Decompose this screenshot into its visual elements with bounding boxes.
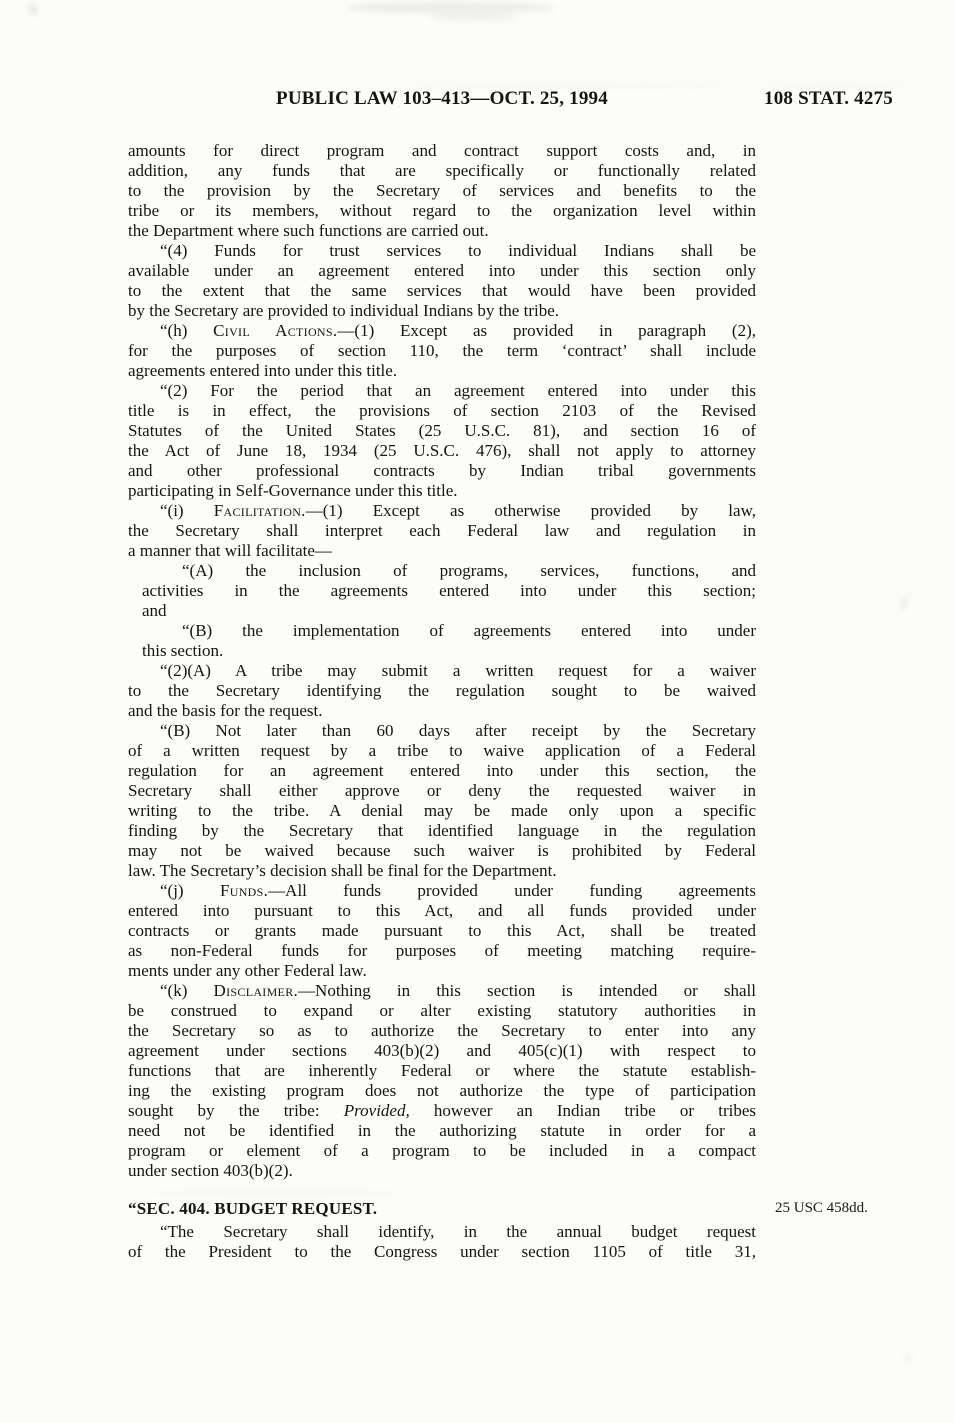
text-line: program or element of a program to be in… [128, 1141, 756, 1161]
text-line: participating in Self-Governance under t… [128, 481, 756, 501]
text-line: be construed to expand or alter existing… [128, 1001, 756, 1021]
text-line: “(B) Not later than 60 days after receip… [128, 721, 756, 741]
statute-paragraph: “(B) the implementation of agreements en… [142, 621, 756, 661]
text-line: and other professional contracts by Indi… [128, 461, 756, 481]
statute-paragraph: “(j) Funds.—All funds provided under fun… [128, 881, 756, 981]
section-heading: “SEC. 404. BUDGET REQUEST. [128, 1198, 756, 1220]
statute-paragraph: “The Secretary shall identify, in the an… [128, 1222, 756, 1262]
text-line: Secretary shall either approve or deny t… [128, 781, 756, 801]
text-line: “(i) Facilitation.—(1) Except as otherwi… [128, 501, 756, 521]
text-line: by the Secretary are provided to individ… [128, 301, 756, 321]
statute-paragraph: “(i) Facilitation.—(1) Except as otherwi… [128, 501, 756, 561]
statute-paragraph: “(A) the inclusion of programs, services… [142, 561, 756, 621]
scanned-statute-page: PUBLIC LAW 103–413—OCT. 25, 1994 108 STA… [0, 0, 954, 1423]
text-line: “(2) For the period that an agreement en… [128, 381, 756, 401]
text-line: to the provision by the Secretary of ser… [128, 181, 756, 201]
text-line: a manner that will facilitate— [128, 541, 756, 561]
scan-artifact [28, 4, 38, 15]
text-line: the Secretary so as to authorize the Sec… [128, 1021, 756, 1041]
text-line: need not be identified in the authorizin… [128, 1121, 756, 1141]
text-line: tribe or its members, without regard to … [128, 201, 756, 221]
text-line: “(A) the inclusion of programs, services… [142, 561, 756, 581]
text-line: “(j) Funds.—All funds provided under fun… [128, 881, 756, 901]
text-line: “(h) Civil Actions.—(1) Except as provid… [128, 321, 756, 341]
scan-artifact [430, 13, 520, 21]
italic-text: Provided, [344, 1101, 410, 1120]
text-line: writing to the tribe. A denial may be ma… [128, 801, 756, 821]
text-line: addition, any funds that are specificall… [128, 161, 756, 181]
text-line: and the basis for the request. [128, 701, 756, 721]
text-line: “(k) Disclaimer.—Nothing in this section… [128, 981, 756, 1001]
statute-paragraph: “(4) Funds for trust services to individ… [128, 241, 756, 321]
text-line: the Secretary shall interpret each Feder… [128, 521, 756, 541]
text-line: may not be waived because such waiver is… [128, 841, 756, 861]
text-line: “(2)(A) A tribe may submit a written req… [128, 661, 756, 681]
text-line: the Department where such functions are … [128, 221, 756, 241]
text-line: finding by the Secretary that identified… [128, 821, 756, 841]
text-line: available under an agreement entered int… [128, 261, 756, 281]
text-line: sought by the tribe: Provided, however a… [128, 1101, 756, 1121]
text-line: the Act of June 18, 1934 (25 U.S.C. 476)… [128, 441, 756, 461]
scan-artifact [345, 2, 555, 13]
text-line: contracts or grants made pursuant to thi… [128, 921, 756, 941]
text-line: “(4) Funds for trust services to individ… [128, 241, 756, 261]
text-line: of the President to the Congress under s… [128, 1242, 756, 1262]
statute-paragraph: “(k) Disclaimer.—Nothing in this section… [128, 981, 756, 1181]
text-line: of a written request by a tribe to waive… [128, 741, 756, 761]
text-line: “(B) the implementation of agreements en… [142, 621, 756, 641]
small-caps-text: Civil Actions. [213, 321, 337, 340]
text-line: agreements entered into under this title… [128, 361, 756, 381]
text-line: entered into pursuant to this Act, and a… [128, 901, 756, 921]
text-line: title is in effect, the provisions of se… [128, 401, 756, 421]
text-line: as non-Federal funds for purposes of mee… [128, 941, 756, 961]
scan-artifact [903, 1355, 912, 1361]
statute-paragraph: “(B) Not later than 60 days after receip… [128, 721, 756, 881]
text-line: ing the existing program does not author… [128, 1081, 756, 1101]
scan-artifact [899, 595, 909, 611]
text-line: and [142, 601, 756, 621]
small-caps-text: Funds. [220, 881, 268, 900]
section-heading-row: “SEC. 404. BUDGET REQUEST.25 USC 458dd. [128, 1198, 756, 1220]
small-caps-text: Disclaimer. [214, 981, 299, 1000]
text-line: to the extent that the same services tha… [128, 281, 756, 301]
text-line: Statutes of the United States (25 U.S.C.… [128, 421, 756, 441]
text-line: ments under any other Federal law. [128, 961, 756, 981]
text-line: to the Secretary identifying the regulat… [128, 681, 756, 701]
text-line: this section. [142, 641, 756, 661]
statute-paragraph: “(2) For the period that an agreement en… [128, 381, 756, 501]
statute-paragraph: amounts for direct program and contract … [128, 141, 756, 241]
text-line: functions that are inherently Federal or… [128, 1061, 756, 1081]
small-caps-text: Facilitation. [214, 501, 306, 520]
statute-text-column: amounts for direct program and contract … [128, 141, 756, 1262]
text-line: regulation for an agreement entered into… [128, 761, 756, 781]
running-header-stat-citation: 108 STAT. 4275 [764, 88, 893, 110]
scan-artifact [400, 84, 730, 87]
running-header-title: PUBLIC LAW 103–413—OCT. 25, 1994 [128, 88, 756, 110]
text-line: agreement under sections 403(b)(2) and 4… [128, 1041, 756, 1061]
text-line: activities in the agreements entered int… [142, 581, 756, 601]
text-line: for the purposes of section 110, the ter… [128, 341, 756, 361]
text-line: under section 403(b)(2). [128, 1161, 756, 1181]
statute-paragraph: “(2)(A) A tribe may submit a written req… [128, 661, 756, 721]
text-line: “The Secretary shall identify, in the an… [128, 1222, 756, 1242]
scan-artifact [760, 84, 910, 87]
text-line: amounts for direct program and contract … [128, 141, 756, 161]
us-code-margin-note: 25 USC 458dd. [775, 1200, 954, 1217]
statute-paragraph: “(h) Civil Actions.—(1) Except as provid… [128, 321, 756, 381]
text-line: law. The Secretary’s decision shall be f… [128, 861, 756, 881]
